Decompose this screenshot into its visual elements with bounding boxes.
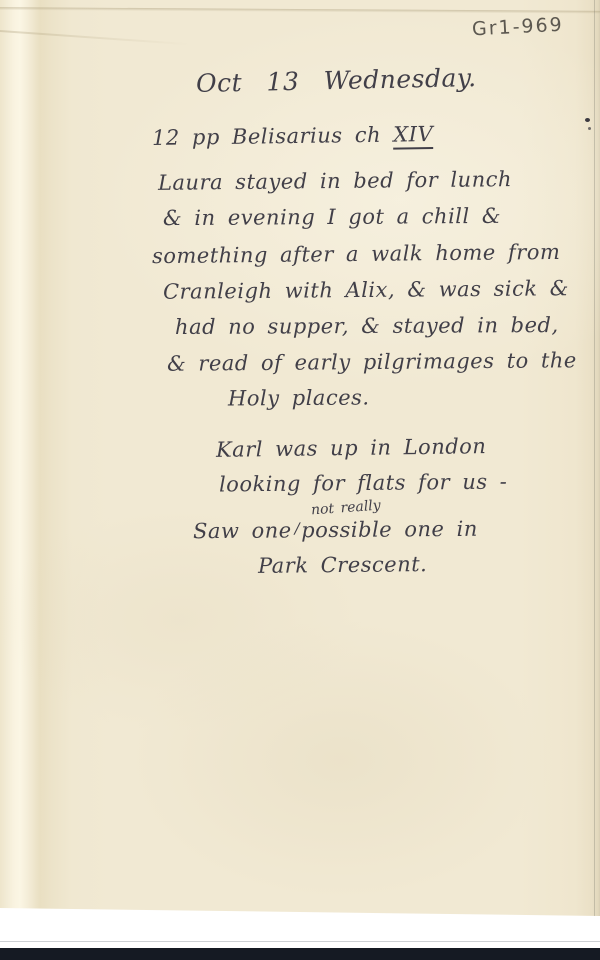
chapter-number-underlined: XIV [393,122,433,150]
archival-code: Gr1-969 [471,14,564,41]
diary-paper-page: Gr1-969 Oct 13 Wednesday. 12 pp Belisari… [0,0,600,920]
scanned-diary-page: { "archival_code": "Gr1-969", "diary": {… [0,0,600,960]
ink-speck [585,118,590,122]
scanner-dark-bar [0,948,600,960]
entry-line-with-insertion: Saw one/possible one in [193,517,478,543]
date-heading: Oct 13 Wednesday. [196,63,477,98]
scan-edge-hairline [0,941,600,942]
saw-line-before: Saw one [193,518,292,543]
entry-line: something after a walk home from [152,240,561,268]
entry-line: & in evening I got a chill & [163,204,501,230]
entry-line: & read of early pilgrimages to the [167,348,577,376]
paper-corner-crease [0,30,190,45]
entry-line: Holy places. [228,386,370,411]
paper-right-edge [594,0,595,916]
saw-line-after: possible one in [301,517,478,543]
entry-line: Cranleigh with Alix, & was sick & [163,276,569,304]
entry-line: looking for flats for us - [219,469,508,496]
interlinear-insertion: not really [311,498,382,519]
ink-speck [588,127,591,130]
insertion-caret-mark: / [295,519,301,537]
entry-line: had no supper, & stayed in bed, [175,313,559,339]
reading-note-text: 12 pp Belisarius ch [152,123,394,150]
reading-note: 12 pp Belisarius ch XIV [152,122,433,150]
entry-line: Park Crescent. [258,552,428,578]
entry-line: Karl was up in London [216,434,487,462]
entry-line: Laura stayed in bed for lunch [158,167,512,195]
paper-top-crease [0,7,600,14]
